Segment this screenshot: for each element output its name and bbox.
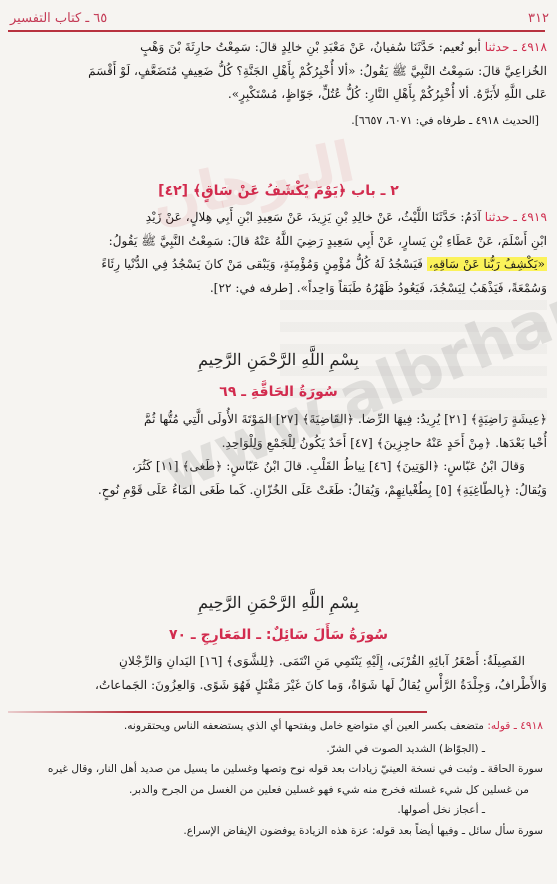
surah-69-line: وَقالَ ابْنُ عَبّاسٍ: ﴿الوَتِينَ﴾ [٤٦] ن… — [10, 455, 547, 479]
hadith-4919: ٤٩١٩ ـ حدثنا آدَمُ: حَدَّثَنَا اللَّيْثُ… — [10, 206, 547, 300]
hadith-4918-line1: ٤٩١٨ ـ حدثنا أبو نُعيم: حَدَّثَنَا سُفيا… — [10, 36, 547, 60]
basmala: بِسْمِ اللَّهِ الرَّحْمَنِ الرَّحِيمِ — [0, 350, 557, 369]
surah-70-title: سُورَةُ سَأَلَ سَائِلٌ: ـ المَعَارِجِ ـ … — [0, 627, 557, 643]
footnotes: ٤٩١٨ ـ قوله: متضعف بكسر العين أي متواضع … — [10, 716, 543, 841]
page-header: ٣١٢ ٦٥ ـ كتاب التفسير — [10, 4, 549, 26]
hadith-4919-line3: «يَكْشِفُ رَبُّنا عَنْ سَاقِهِ، فَيَسْجُ… — [10, 253, 547, 277]
hadith-opening: ـ حدثنا — [485, 210, 517, 224]
surah-69-line: أُحْيا بَعْدَها. ﴿مِنْ أَحَدٍ عَنْهُ حاج… — [10, 432, 547, 456]
hadith-opening: ـ حدثنا — [485, 40, 517, 54]
surah-70-text: الفَصِيلَةُ: أَصْغَرُ آبائِهِ القُرْبَى،… — [10, 650, 547, 697]
surah-70-line: وَالأَطْرافُ، وَجِلْدَةُ الرَّأْسِ يُقال… — [10, 674, 547, 698]
hadith-number: ٤٩١٨ — [521, 40, 547, 54]
hadith-4918-line2: الخُزاعِيَّ قالَ: سَمِعْتُ النَّبِيَّ ﷺ … — [10, 60, 547, 84]
footnote-2: ـ (الجوّاظ) الشديد الصوت في الشرّ. — [10, 739, 543, 760]
surah-69-line: وَيُقالُ: ﴿بِالطّاغِيَةِ﴾ [٥] بِطُغْيانِ… — [10, 479, 547, 503]
surah-69-line: ﴿عِيشَةٍ رَاضِيَةٍ﴾ [٢١] يُرِيدُ: فِيهَا… — [10, 408, 547, 432]
footnote-rule — [8, 711, 427, 713]
basmala-2: بِسْمِ اللَّهِ الرَّحْمَنِ الرَّحِيمِ — [0, 593, 557, 612]
footnote-label: ـ قوله: — [487, 720, 517, 732]
footnote-number: ٤٩١٨ — [520, 720, 543, 732]
hadith-text: آدَمُ: حَدَّثَنَا اللَّيْثُ، عَنْ خالِدِ… — [146, 210, 481, 224]
footnote-5: سورة سأل سائل ـ وفيها أيضاً بعد قوله: عز… — [10, 821, 543, 842]
surah-70-line: الفَصِيلَةُ: أَصْغَرُ آبائِهِ القُرْبَى،… — [10, 650, 547, 674]
hadith-4918: ٤٩١٨ ـ حدثنا أبو نُعيم: حَدَّثَنَا سُفيا… — [10, 36, 547, 132]
hadith-text: فَيَسْجُدُ لَهُ كُلُّ مُؤْمِنٍ وَمُؤْمِن… — [101, 257, 423, 271]
hadith-4919-line1: ٤٩١٩ ـ حدثنا آدَمُ: حَدَّثَنَا اللَّيْثُ… — [10, 206, 547, 230]
footnote-3b: من غسلين كل شيء غسلته فخرج منه شيء فهو غ… — [10, 780, 543, 801]
surah-69-text: ﴿عِيشَةٍ رَاضِيَةٍ﴾ [٢١] يُرِيدُ: فِيهَا… — [10, 408, 547, 502]
footnote-3: سورة الحاقة ـ وثبت في نسخة العينيّ زيادا… — [10, 759, 543, 780]
header-rule — [8, 30, 545, 32]
highlighted-phrase: «يَكْشِفُ رَبُّنا عَنْ سَاقِهِ، — [427, 257, 547, 271]
footnote-text: متضعف بكسر العين أي متواضع خامل وبفتحها … — [124, 720, 484, 732]
bab-heading: ٢ ـ باب ﴿يَوْمَ يُكْشَفُ عَنْ سَاقٍ﴾ [٤٢… — [0, 183, 557, 199]
running-title: ٦٥ ـ كتاب التفسير — [10, 11, 107, 26]
hadith-4919-line2: ابْنِ أَسْلَمَ، عَنْ عَطَاءِ بْنِ يَسارٍ… — [10, 230, 547, 254]
hadith-4918-reference: [الحديث ٤٩١٨ ـ طرفاه في: ٦٠٧١، ٦٦٥٧]. — [10, 109, 547, 133]
hadith-4919-line4: وَسُمْعَةً، فَيَذْهَبُ لِيَسْجُدَ، فَيَع… — [10, 277, 547, 301]
hadith-number: ٤٩١٩ — [521, 210, 547, 224]
surah-69-title: سُورَةُ الحَاقَّةِ ـ ٦٩ — [0, 384, 557, 400]
book-page: ٣١٢ ٦٥ ـ كتاب التفسير ٤٩١٨ ـ حدثنا أبو ن… — [0, 0, 557, 884]
footnote-1: ٤٩١٨ ـ قوله: متضعف بكسر العين أي متواضع … — [10, 716, 543, 737]
page-number: ٣١٢ — [528, 11, 549, 26]
hadith-text: أبو نُعيم: حَدَّثَنَا سُفيانُ، عَنْ مَعْ… — [140, 40, 481, 54]
hadith-4918-line3: عَلى اللَّهِ لأَبَرَّهُ. ألا أُخْبِرُكُم… — [10, 83, 547, 107]
footnote-4: ـ أعجاز نخل أصولها. — [10, 800, 543, 821]
